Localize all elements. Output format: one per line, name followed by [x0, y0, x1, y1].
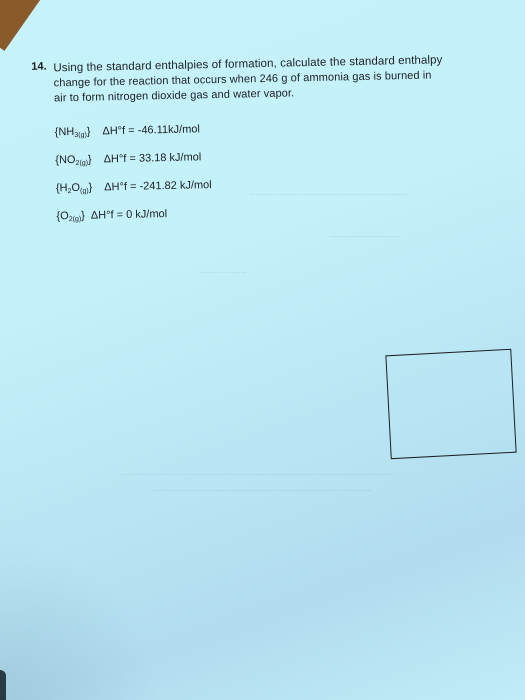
enthalpy-no2: {NO2(g)}ΔH°f = 33.18 kJ/mol — [55, 151, 201, 167]
question-number: 14. — [31, 61, 47, 73]
enthalpy-o2: {O2(g)}ΔH°f = 0 kJ/mol — [56, 208, 167, 223]
question-text-line-3: air to form nitrogen dioxide gas and wat… — [54, 87, 295, 104]
dark-edge — [0, 670, 6, 700]
enthalpy-h2o: {H2O(g)}ΔH°f = -241.82 kJ/mol — [56, 179, 212, 195]
worksheet-page: 14. Using the standard enthalpies of for… — [0, 0, 525, 700]
answer-box[interactable] — [385, 349, 516, 459]
enthalpy-nh3: {NH3(g)}ΔH°f = -46.11kJ/mol — [55, 123, 200, 139]
